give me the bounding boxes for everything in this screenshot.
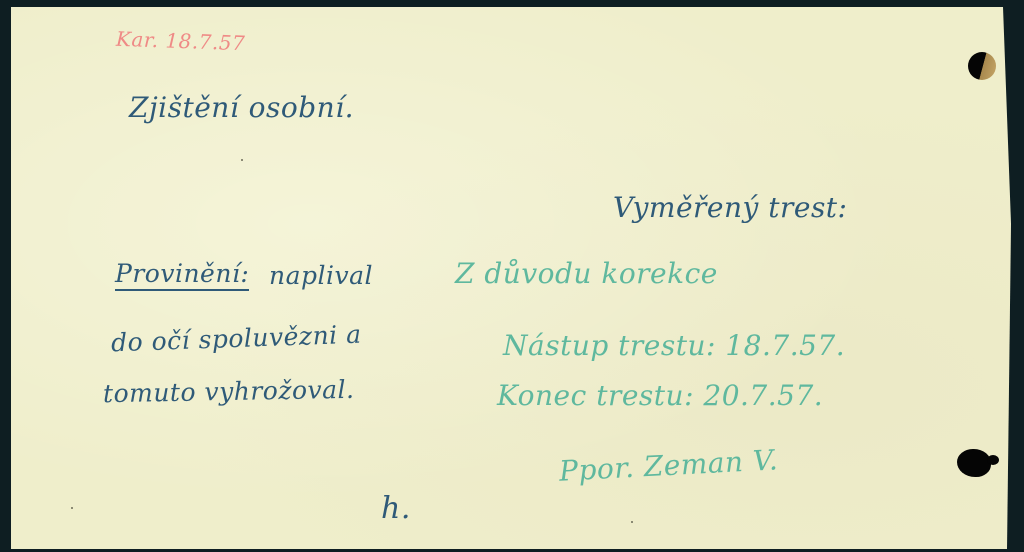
scanned-document: Kar. 18.7.57 Zjištění osobní. Provinění:… bbox=[0, 0, 1024, 552]
officer-signature: Ppor. Zeman V. bbox=[558, 443, 779, 487]
paper-sheet: Kar. 18.7.57 Zjištění osobní. Provinění:… bbox=[11, 7, 1011, 549]
punch-hole-bottom-icon bbox=[957, 449, 991, 477]
document-heading: Zjištění osobní. bbox=[129, 91, 354, 124]
initial-mark: h. bbox=[381, 491, 411, 526]
sentence-end-date: Konec trestu: 20.7.57. bbox=[497, 379, 823, 412]
sentence-start-date: Nástup trestu: 18.7.57. bbox=[503, 329, 845, 362]
offense-text-line-1: naplival bbox=[269, 261, 373, 290]
sentence-reason: Z důvodu korekce bbox=[455, 257, 718, 290]
punch-hole-top-icon bbox=[968, 52, 996, 80]
offense-label: Provinění: bbox=[115, 259, 249, 291]
paper-speck bbox=[631, 521, 633, 523]
offense-text-line-2: do očí spoluvězni a bbox=[111, 320, 362, 358]
paper-speck bbox=[71, 507, 73, 509]
sentence-label: Vyměřený trest: bbox=[613, 191, 848, 224]
offense-text-line-3: tomuto vyhrožoval. bbox=[103, 375, 355, 408]
reference-note: Kar. 18.7.57 bbox=[116, 27, 246, 55]
paper-speck bbox=[241, 159, 243, 161]
